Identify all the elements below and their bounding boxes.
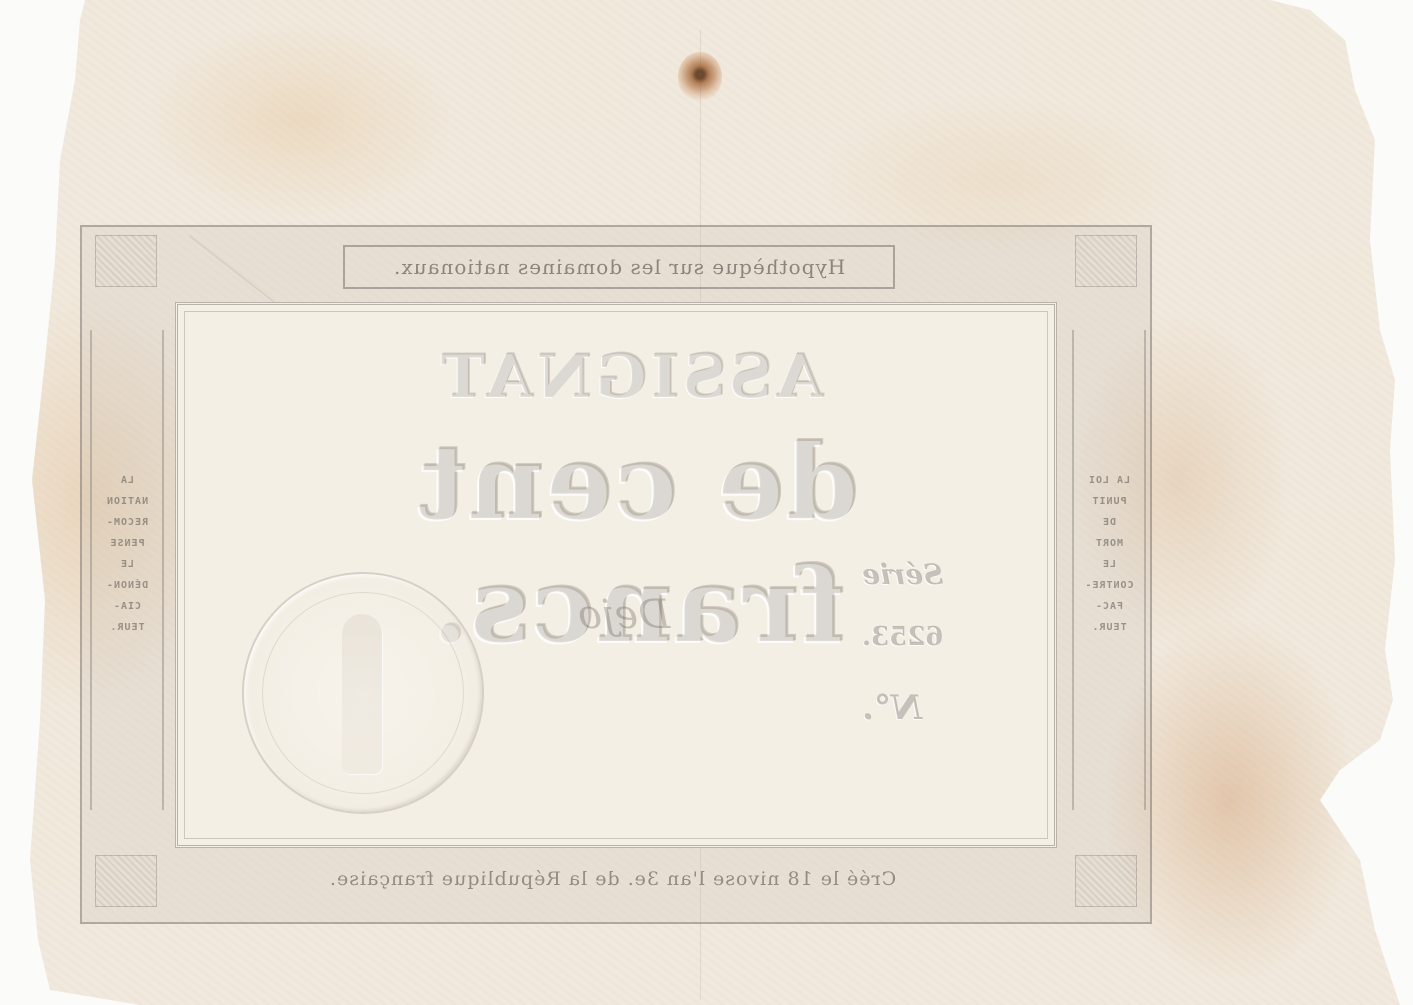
corner-ornament [95,855,157,907]
corner-ornament [1075,235,1137,287]
embossed-seal [242,572,484,814]
header-cartouche: Hypothèque sur les domaines nationaux. [343,245,895,289]
header-text: Hypothèque sur les domaines nationaux. [393,255,845,279]
title-assignat: ASSIGNAT [400,342,860,412]
corner-ornament [1075,855,1137,907]
left-panel-text: LA NATION RECOM- PENSE LE DÉNON- CIA- TE… [92,470,162,638]
seal-figure-icon [342,614,382,774]
serie-number: 6253. [862,622,943,652]
right-border-panel: LA LOI PUNIT DE MORT LE CONTRE- FAC- TEU… [1072,330,1146,810]
left-border-panel: LA NATION RECOM- PENSE LE DÉNON- CIA- TE… [90,330,164,810]
serie-label: Série [862,558,943,591]
signature: Dejo [578,592,670,638]
corner-ornament [95,235,157,287]
number-label: N°. [862,688,922,728]
right-panel-text: LA LOI PUNIT DE MORT LE CONTRE- FAC- TEU… [1074,470,1144,638]
footer-text: Créé le 18 nivose l'an 3e. de la Républi… [268,868,958,890]
